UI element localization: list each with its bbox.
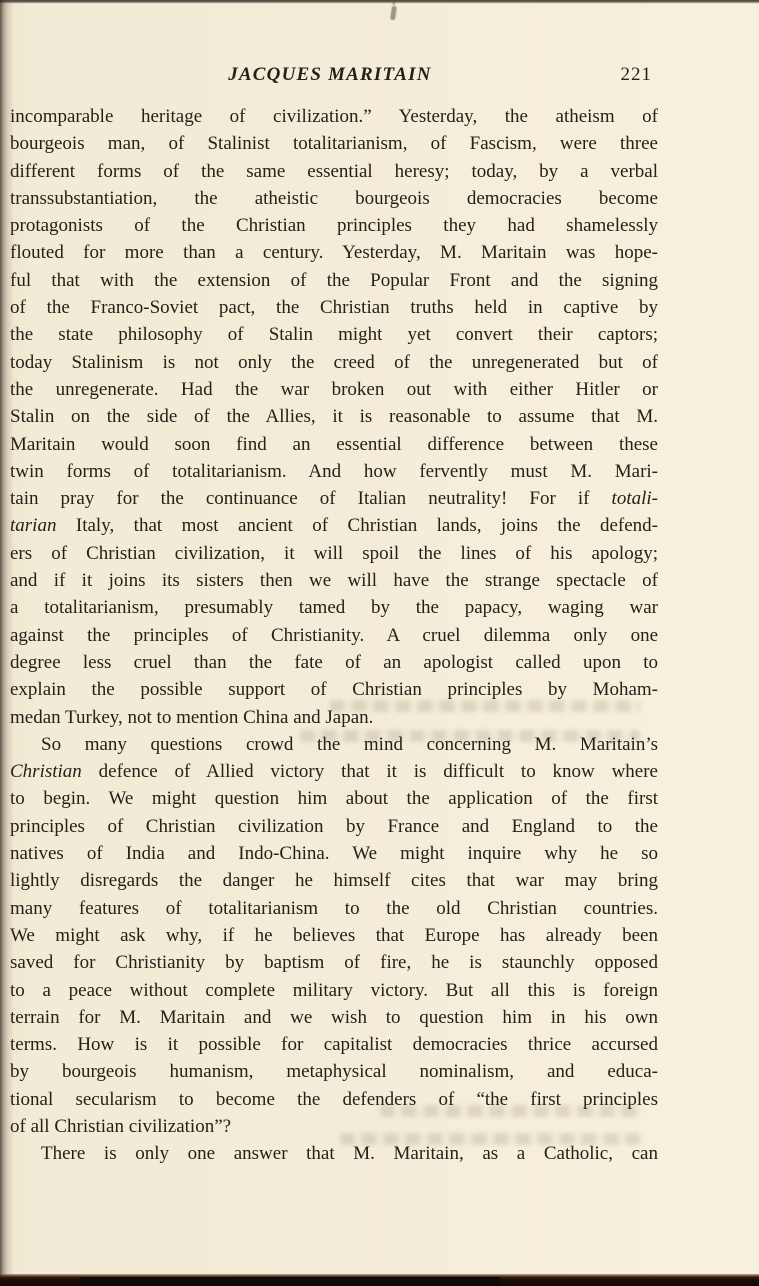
text-segment: many features of totalitarianism to the … — [10, 898, 658, 919]
text-line: So many questions crowd the mind concern… — [10, 731, 658, 758]
text-segment: We might ask why, if he believes that Eu… — [10, 925, 658, 946]
text-line: different forms of the same essential he… — [10, 158, 658, 185]
text-segment: the state philosophy of Stalin might yet… — [10, 324, 658, 345]
text-segment: natives of India and Indo-China. We migh… — [10, 843, 658, 864]
text-segment: terms. How is it possible for capitalist… — [10, 1034, 658, 1055]
text-line: to a peace without complete military vic… — [10, 977, 658, 1004]
text-segment: medan Turkey, not to mention China and J… — [10, 707, 373, 728]
scan-artifact — [390, 6, 397, 21]
text-line: transsubstantiation, the atheistic bourg… — [10, 185, 658, 212]
page-number: 221 — [621, 64, 653, 86]
italic-text-segment: tarian — [10, 515, 56, 536]
text-segment: incomparable heritage of civilization.” … — [10, 106, 658, 127]
text-line: bourgeois man, of Stalinist totalitarian… — [10, 130, 658, 157]
scan-bottom-edge-dark — [80, 1277, 500, 1286]
text-segment: to begin. We might question him about th… — [10, 788, 658, 809]
text-segment: ful that with the extension of the Popul… — [10, 270, 658, 291]
text-line: natives of India and Indo-China. We migh… — [10, 840, 658, 867]
text-line: principles of Christian civilization by … — [10, 813, 658, 840]
text-segment: a totalitarianism, presumably tamed by t… — [10, 597, 658, 618]
text-segment: flouted for more than a century. Yesterd… — [10, 242, 658, 263]
text-line: medan Turkey, not to mention China and J… — [10, 704, 658, 731]
text-segment: terrain for M. Maritain and we wish to q… — [10, 1007, 658, 1028]
italic-text-segment: Christian — [10, 761, 82, 782]
text-line: There is only one answer that M. Maritai… — [10, 1140, 658, 1167]
text-segment: tional secularism to become the defender… — [10, 1089, 658, 1110]
text-line: of the Franco-Soviet pact, the Christian… — [10, 294, 658, 321]
text-line: Maritain would soon find an essential di… — [10, 431, 658, 458]
text-line: Christian defence of Allied victory that… — [10, 758, 658, 785]
page-header: JACQUES MARITAIN 221 — [10, 64, 658, 90]
text-line: saved for Christianity by baptism of fir… — [10, 949, 658, 976]
text-segment: Maritain would soon find an essential di… — [10, 434, 658, 455]
text-line: the state philosophy of Stalin might yet… — [10, 321, 658, 348]
text-line: degree less cruel than the fate of an ap… — [10, 649, 658, 676]
text-line: tarian Italy, that most ancient of Chris… — [10, 512, 658, 539]
text-line: protagonists of the Christian principles… — [10, 212, 658, 239]
text-line: incomparable heritage of civilization.” … — [10, 103, 658, 130]
text-segment: to a peace without complete military vic… — [10, 980, 658, 1001]
text-segment: transsubstantiation, the atheistic bourg… — [10, 188, 658, 209]
text-segment: lightly disregards the danger he himself… — [10, 870, 658, 891]
text-line: Stalin on the side of the Allies, it is … — [10, 403, 658, 430]
running-header-title: JACQUES MARITAIN — [228, 64, 431, 86]
page-body-text: incomparable heritage of civilization.” … — [10, 103, 658, 1168]
text-line: tional secularism to become the defender… — [10, 1086, 658, 1113]
text-segment: by bourgeois humanism, metaphysical nomi… — [10, 1061, 658, 1082]
scan-bottom-edge — [0, 1274, 759, 1286]
text-segment: twin forms of totalitarianism. And how f… — [10, 461, 658, 482]
text-segment: against the principles of Christianity. … — [10, 625, 658, 646]
text-segment: today Stalinism is not only the creed of… — [10, 352, 658, 373]
text-line: a totalitarianism, presumably tamed by t… — [10, 594, 658, 621]
text-line: of all Christian civilization”? — [10, 1113, 658, 1140]
text-line: by bourgeois humanism, metaphysical nomi… — [10, 1058, 658, 1085]
text-segment: explain the possible support of Christia… — [10, 679, 658, 700]
text-line: terms. How is it possible for capitalist… — [10, 1031, 658, 1058]
text-segment: defence of Allied victory that it is dif… — [82, 761, 658, 782]
italic-text-segment: totali- — [612, 488, 658, 509]
text-line: the unregenerate. Had the war broken out… — [10, 376, 658, 403]
text-line: against the principles of Christianity. … — [10, 622, 658, 649]
text-line: We might ask why, if he believes that Eu… — [10, 922, 658, 949]
text-line: today Stalinism is not only the creed of… — [10, 349, 658, 376]
text-line: and if it joins its sisters then we will… — [10, 567, 658, 594]
text-segment: protagonists of the Christian principles… — [10, 215, 658, 236]
text-line: lightly disregards the danger he himself… — [10, 867, 658, 894]
text-segment: of the Franco-Soviet pact, the Christian… — [10, 297, 658, 318]
text-segment: different forms of the same essential he… — [10, 161, 658, 182]
text-line: explain the possible support of Christia… — [10, 676, 658, 703]
text-line: tain pray for the continuance of Italian… — [10, 485, 658, 512]
scan-top-edge — [0, 0, 759, 4]
text-segment: of all Christian civilization”? — [10, 1116, 231, 1137]
text-line: ers of Christian civilization, it will s… — [10, 540, 658, 567]
text-segment: tain pray for the continuance of Italian… — [10, 488, 612, 509]
text-segment: Stalin on the side of the Allies, it is … — [10, 406, 658, 427]
text-segment: Italy, that most ancient of Christian la… — [56, 515, 658, 536]
text-line: to begin. We might question him about th… — [10, 785, 658, 812]
text-line: many features of totalitarianism to the … — [10, 895, 658, 922]
text-segment: principles of Christian civilization by … — [10, 816, 658, 837]
text-line: flouted for more than a century. Yesterd… — [10, 239, 658, 266]
text-segment: the unregenerate. Had the war broken out… — [10, 379, 658, 400]
text-line: ful that with the extension of the Popul… — [10, 267, 658, 294]
text-segment: degree less cruel than the fate of an ap… — [10, 652, 658, 673]
scanned-book-page: JACQUES MARITAIN 221 incomparable herita… — [0, 0, 759, 1286]
text-segment: and if it joins its sisters then we will… — [10, 570, 658, 591]
text-segment: ers of Christian civilization, it will s… — [10, 543, 658, 564]
text-segment: saved for Christianity by baptism of fir… — [10, 952, 658, 973]
text-segment: There is only one answer that M. Maritai… — [41, 1143, 658, 1164]
text-segment: bourgeois man, of Stalinist totalitarian… — [10, 133, 658, 154]
scan-gutter-shadow — [0, 0, 14, 1286]
text-line: twin forms of totalitarianism. And how f… — [10, 458, 658, 485]
text-segment: So many questions crowd the mind concern… — [41, 734, 658, 755]
text-line: terrain for M. Maritain and we wish to q… — [10, 1004, 658, 1031]
